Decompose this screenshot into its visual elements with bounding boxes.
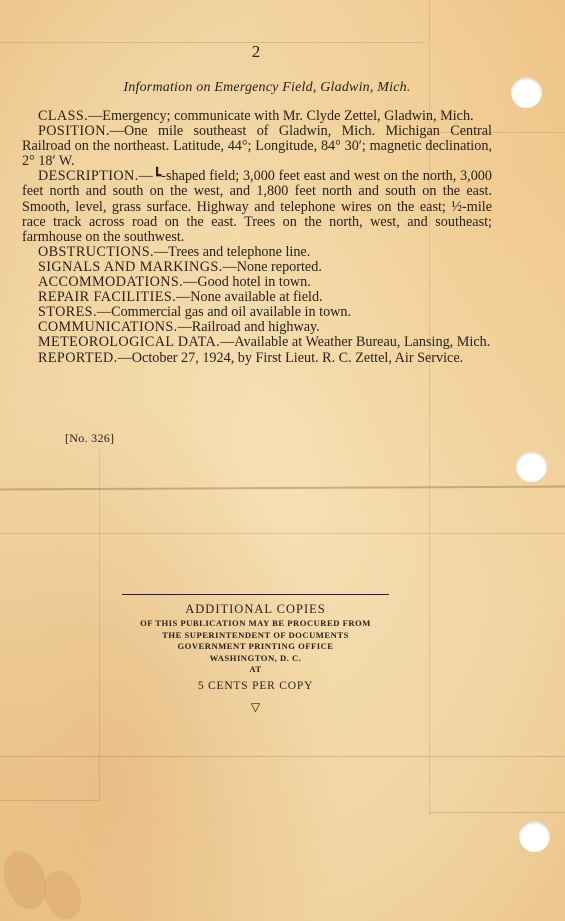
section-class: CLASS.—Emergency; communicate with Mr. C… — [22, 109, 492, 124]
field-information-body: CLASS.—Emergency; communicate with Mr. C… — [22, 109, 492, 366]
page-heading: Information on Emergency Field, Gladwin,… — [22, 80, 512, 96]
punch-hole — [519, 821, 550, 852]
divider-rule — [122, 594, 389, 595]
notice-price: 5 CENTS PER COPY — [122, 678, 389, 695]
fold-line — [0, 533, 565, 534]
punch-hole — [516, 451, 547, 482]
triangle-ornament-icon: ▽ — [122, 699, 389, 715]
document-page: 2 Information on Emergency Field, Gladwi… — [0, 0, 565, 921]
additional-copies-notice: ADDITIONAL COPIES OF THIS PUBLICATION MA… — [122, 594, 389, 715]
page-number: 2 — [0, 42, 512, 62]
fold-line — [0, 800, 99, 801]
notice-line: WASHINGTON, D. C. — [122, 653, 389, 665]
section-repair-facilities: REPAIR FACILITIES.—None available at fie… — [22, 290, 492, 305]
document-number: [No. 326] — [65, 431, 114, 446]
notice-line: GOVERNMENT PRINTING OFFICE — [122, 641, 389, 653]
notice-line: AT — [122, 664, 389, 676]
section-communications: COMMUNICATIONS.—Railroad and highway. — [22, 320, 492, 335]
fold-line — [0, 486, 565, 491]
punch-hole — [511, 77, 542, 108]
fold-line — [0, 756, 565, 757]
section-reported: REPORTED.—October 27, 1924, by First Lie… — [22, 351, 492, 366]
fold-line — [429, 812, 565, 813]
section-description: DESCRIPTION.—┗-shaped field; 3,000 feet … — [22, 169, 492, 244]
section-meteorological-data: METEOROLOGICAL DATA.—Available at Weathe… — [22, 335, 492, 350]
notice-title: ADDITIONAL COPIES — [122, 601, 389, 618]
section-position: POSITION.—One mile southeast of Gladwin,… — [22, 124, 492, 169]
fold-line — [99, 450, 100, 800]
section-signals-and-markings: SIGNALS AND MARKINGS.—None reported. — [22, 260, 492, 275]
notice-line: THE SUPERINTENDENT OF DOCUMENTS — [122, 630, 389, 642]
section-accommodations: ACCOMMODATIONS.—Good hotel in town. — [22, 275, 492, 290]
paper-stain — [38, 866, 88, 921]
section-stores: STORES.—Commercial gas and oil available… — [22, 305, 492, 320]
section-obstructions: OBSTRUCTIONS.—Trees and telephone line. — [22, 245, 492, 260]
notice-line: OF THIS PUBLICATION MAY BE PROCURED FROM — [122, 618, 389, 630]
